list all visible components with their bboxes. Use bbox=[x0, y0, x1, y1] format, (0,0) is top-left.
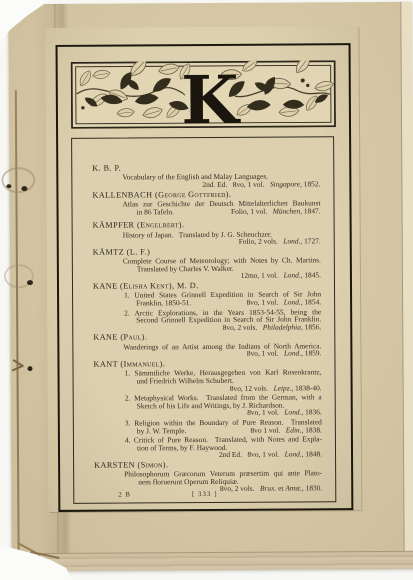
entry-item: 4. Critick of Pure Reason. Translated, w… bbox=[94, 435, 322, 459]
text-segment: Philadelphia bbox=[263, 322, 301, 331]
text-segment: Leipz. bbox=[274, 383, 292, 392]
text-segment: 8vo 1 vol. bbox=[250, 425, 285, 434]
text-segment: by J. W. Temple. bbox=[137, 426, 186, 435]
text-segment: Lond. bbox=[283, 237, 300, 246]
text-segment: Singapore bbox=[270, 179, 300, 188]
text-segment: Lond. bbox=[284, 297, 301, 306]
text-segment: 8vo, 2 vols. bbox=[223, 322, 263, 331]
text-segment: , 1848. bbox=[302, 450, 322, 459]
text-segment: 8vo, 1 vol. bbox=[247, 408, 284, 417]
text-segment: Engelbert bbox=[140, 220, 179, 229]
text-segment: KÄMPFER ( bbox=[93, 221, 141, 230]
text-segment: , 1727. bbox=[300, 237, 320, 246]
text-segment: Paul bbox=[124, 333, 142, 342]
decorative-letter-banner: K bbox=[71, 60, 336, 129]
stitch-hole bbox=[6, 184, 11, 188]
text-segment: tion of Terms, by F. Haywood. bbox=[137, 443, 227, 453]
stitch-hole bbox=[27, 366, 32, 371]
text-segment: ). bbox=[160, 359, 166, 368]
text-segment: , 1856. bbox=[301, 322, 321, 331]
text-segment: KARSTEN ( bbox=[94, 460, 141, 469]
text-segment: , 1859. bbox=[301, 349, 321, 358]
text-segment: ). bbox=[179, 220, 185, 229]
fore-edge-strip bbox=[400, 2, 413, 568]
text-segment: 8vo, 1 vol. bbox=[247, 349, 284, 358]
line-imprint: 8vo 1 vol. Edin., 1838. bbox=[250, 426, 321, 434]
text-segment: , 1854. bbox=[301, 297, 321, 306]
line-left: Franklin, 1850-51. bbox=[136, 299, 191, 307]
entry-item: Atlas zur Geschichte der Deutsch Mittela… bbox=[92, 199, 320, 216]
text-segment: KALLENBACH ( bbox=[92, 190, 158, 199]
line-left: in 86 Tafeln. bbox=[137, 208, 174, 216]
text-segment: München bbox=[273, 206, 301, 215]
catalog-entry: KANT (Immanuel).1. Sämmtliche Werke, Her… bbox=[93, 359, 322, 459]
text-segment: 12mo, 1 vol. bbox=[241, 271, 284, 280]
text-segment: Elisha Kent bbox=[123, 281, 169, 290]
page-number: [ 333 ] bbox=[74, 489, 335, 499]
entry-item: History of Japan. Translated by J. G. Sc… bbox=[93, 230, 321, 247]
text-segment: Lond. bbox=[284, 349, 301, 358]
text-segment: KANE ( bbox=[93, 282, 123, 291]
text-segment: , 1847. bbox=[300, 206, 320, 215]
text-segment: Lond. bbox=[284, 408, 301, 417]
stitch-hole bbox=[21, 186, 27, 191]
text-segment: Folio, 2 vols. bbox=[239, 237, 284, 246]
text-segment: , 1852. bbox=[300, 179, 320, 188]
text-segment: Lond. bbox=[285, 450, 302, 459]
entry-item: 3. Religion within the Boundary of Pure … bbox=[94, 418, 322, 435]
text-segment: , 1836. bbox=[301, 408, 321, 417]
catalog-entry: KÄMTZ (L. F.)Complete Course of Meteorol… bbox=[93, 247, 321, 281]
catalog-entry: K. B. P.Vocabulary of the English and Ma… bbox=[92, 163, 320, 189]
line-left: by J. W. Temple. bbox=[137, 427, 186, 435]
text-segment: 8vo, 1 vol. bbox=[247, 298, 284, 307]
line-imprint: Folio, 1 vol. München, 1847. bbox=[231, 207, 321, 215]
stitch-hole bbox=[27, 280, 33, 285]
text-segment: , 1845. bbox=[301, 271, 321, 280]
text-segment: ). bbox=[226, 189, 232, 198]
text-segment: George Gottfried bbox=[158, 190, 226, 199]
binding-thread bbox=[15, 90, 20, 558]
text-segment: 2nd. Ed. 8vo, 1 vol. bbox=[202, 180, 270, 189]
text-segment: Simon bbox=[141, 460, 163, 469]
text-segment: und Friedrich Wilhelm Schubert. bbox=[137, 376, 234, 386]
text-segment: KANT ( bbox=[93, 359, 123, 368]
catalog-entry: KÄMPFER (Engelbert).History of Japan. Tr… bbox=[93, 221, 321, 247]
entry-item: 2. Arctic Explorations, in the Years 185… bbox=[93, 308, 321, 332]
catalog-entry: KALLENBACH (George Gottfried).Atlas zur … bbox=[92, 190, 320, 216]
entry-item: Complete Course of Meteorology; with Not… bbox=[93, 257, 321, 281]
line-imprint: 8vo, 1 vol. Lond., 1854. bbox=[247, 298, 322, 306]
text-segment: Edin. bbox=[286, 425, 302, 434]
entry-line: by J. W. Temple.8vo 1 vol. Edin., 1838. bbox=[137, 426, 322, 435]
page-edges-band bbox=[12, 551, 413, 571]
book-page: K K. B. P.Vocabulary of the English and … bbox=[8, 2, 413, 570]
entry-item: 1. Sämmtliche Werke, Herausgegeben von K… bbox=[94, 369, 322, 393]
entry-line: Franklin, 1850-51.8vo, 1 vol. Lond., 185… bbox=[136, 298, 321, 307]
text-segment: KANE ( bbox=[93, 333, 123, 342]
entry-item: 2. Metaphysical Works. Translated from t… bbox=[94, 393, 322, 417]
text-segment: in 86 Tafeln. bbox=[137, 207, 174, 216]
entries: K. B. P.Vocabulary of the English and Ma… bbox=[92, 163, 322, 486]
text-block-frame: K. B. P.Vocabulary of the English and Ma… bbox=[71, 136, 336, 504]
text-segment: Folio, 1 vol. bbox=[231, 206, 273, 215]
catalog-entry: KANE (Paul).Wanderings of an Artist amon… bbox=[93, 333, 321, 359]
stitch-hole-ring bbox=[1, 167, 35, 193]
text-segment: KÄMTZ (L. F.) bbox=[93, 247, 151, 256]
text-segment: K. B. P. bbox=[92, 164, 121, 173]
scanned-page-photo: K K. B. P.Vocabulary of the English and … bbox=[0, 0, 413, 580]
text-segment: ). bbox=[142, 333, 148, 342]
text-segment: Translated by Charles V. Walker. bbox=[137, 264, 234, 274]
entry-item: 1. United States Grinnell Expedition in … bbox=[93, 291, 321, 308]
entry-line: in 86 Tafeln.Folio, 1 vol. München, 1847… bbox=[137, 207, 321, 216]
text-segment: Lond. bbox=[284, 271, 301, 280]
text-segment: Franklin, 1850-51. bbox=[136, 298, 191, 307]
catalog-entry: KANE (Elisha Kent), M. D.1. United State… bbox=[93, 281, 321, 332]
entry-item: Wanderings of an Artist among the Indian… bbox=[93, 342, 321, 359]
text-segment: , 1838-40. bbox=[291, 383, 321, 392]
initial-letter-K: K bbox=[181, 61, 241, 129]
text-segment: 8vo, 12 vols. bbox=[230, 383, 274, 392]
text-segment: , 1838. bbox=[302, 425, 322, 434]
text-segment: ), M. D. bbox=[169, 281, 199, 290]
entry-item: Vocabulary of the English and Malay Lang… bbox=[92, 173, 320, 190]
text-segment: ). bbox=[163, 460, 169, 469]
text-segment: Immanuel bbox=[124, 359, 160, 368]
text-segment: 2nd Ed. 8vo, 1 vol. bbox=[219, 450, 285, 459]
